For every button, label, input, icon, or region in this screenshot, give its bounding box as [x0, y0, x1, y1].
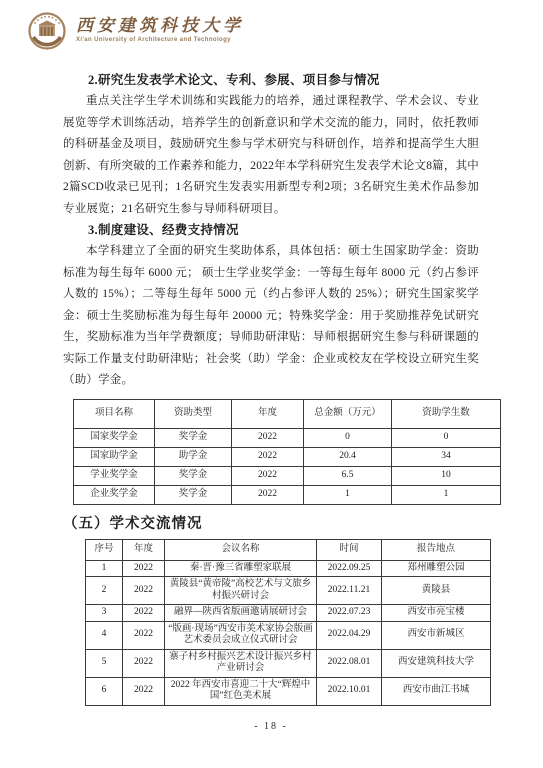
cell: 6: [86, 677, 123, 705]
cell: 5: [86, 649, 123, 677]
cell: 企业奖学金: [74, 485, 155, 504]
cell: 寨子村乡村振兴艺术设计振兴乡村产业研讨会: [165, 649, 317, 677]
table-row: 6 2022 2022 年西安市喜迎二十大“辉煌中国”红色美术展 2022.10…: [86, 677, 491, 705]
cell: 20.4: [304, 447, 392, 466]
table-row: 企业奖学金 奖学金 2022 1 1: [74, 485, 501, 504]
table-row: 4 2022 “版画·现场”西安市美术家协会版画艺术委员会成立仪式研讨会 202…: [86, 621, 491, 649]
cell: 西安市曲江书城: [382, 677, 491, 705]
cell: 黄陵县“黄帝陵”高校艺术与文旅乡村振兴研讨会: [165, 577, 317, 605]
cell: 2022: [123, 605, 165, 622]
paragraph-institution: 本学科建立了全面的研究生奖助体系，具体包括：硕士生国家助学金：资助标准为每生每年…: [63, 241, 479, 392]
header-cell: 序号: [86, 539, 123, 560]
header-cell: 总金额（万元）: [304, 399, 392, 428]
cell: 4: [86, 621, 123, 649]
cell: 黄陵县: [382, 577, 491, 605]
exchange-table: 序号 年度 会议名称 时间 报告地点 1 2022 秦·晋·豫三省雕塑家联展 2…: [85, 539, 491, 706]
cell: 2022: [123, 649, 165, 677]
cell: 奖学金: [155, 485, 232, 504]
cell: “版画·现场”西安市美术家协会版画艺术委员会成立仪式研讨会: [165, 621, 317, 649]
cell: 2022: [232, 447, 304, 466]
cell: 2022.08.01: [317, 649, 382, 677]
cell: 2022: [123, 577, 165, 605]
cell: 2022.04.29: [317, 621, 382, 649]
table-row: 5 2022 寨子村乡村振兴艺术设计振兴乡村产业研讨会 2022.08.01 西…: [86, 649, 491, 677]
header-cell: 年度: [123, 539, 165, 560]
cell: 34: [392, 447, 501, 466]
funding-table: 项目名称 资助类型 年度 总金额（万元） 资助学生数 国家奖学金 奖学金 202…: [73, 399, 501, 505]
university-name-chinese: 西安建筑科技大学: [76, 16, 244, 36]
table-row: 国家奖学金 奖学金 2022 0 0: [74, 428, 501, 447]
table-row: 学业奖学金 奖学金 2022 6.5 10: [74, 466, 501, 485]
cell: 10: [392, 466, 501, 485]
cell: 0: [392, 428, 501, 447]
header-cell: 资助类型: [155, 399, 232, 428]
cell: 西安市亮宝楼: [382, 605, 491, 622]
header-cell: 年度: [232, 399, 304, 428]
exchange-table-header-row: 序号 年度 会议名称 时间 报告地点: [86, 539, 491, 560]
cell: 0: [304, 428, 392, 447]
cell: 国家助学金: [74, 447, 155, 466]
cell: 2022: [232, 485, 304, 504]
cell: 2022: [232, 466, 304, 485]
page-number: - 18 -: [63, 721, 479, 732]
cell: 1: [86, 560, 123, 577]
cell: 西安建筑科技大学: [382, 649, 491, 677]
cell: 1: [304, 485, 392, 504]
cell: 助学金: [155, 447, 232, 466]
section-heading-publications: 2.研究生发表学术论文、专利、参展、项目参与情况: [63, 70, 479, 91]
university-logo: 西安建筑科技大学 Xi'an University of Architectur…: [27, 12, 244, 54]
cell: 2022.09.25: [317, 560, 382, 577]
header-cell: 报告地点: [382, 539, 491, 560]
document-body: 2.研究生发表学术论文、专利、参展、项目参与情况 重点关注学生学术训练和实践能力…: [0, 0, 543, 732]
cell: 融界—陕西省版画邀请展研讨会: [165, 605, 317, 622]
table-row: 3 2022 融界—陕西省版画邀请展研讨会 2022.07.23 西安市亮宝楼: [86, 605, 491, 622]
paragraph-publications: 重点关注学生学术训练和实践能力的培养，通过课程教学、学术会议、专业展览等学术训练…: [63, 91, 479, 220]
cell: 3: [86, 605, 123, 622]
cell: 1: [392, 485, 501, 504]
cell: 秦·晋·豫三省雕塑家联展: [165, 560, 317, 577]
cell: 2022 年西安市喜迎二十大“辉煌中国”红色美术展: [165, 677, 317, 705]
cell: 奖学金: [155, 466, 232, 485]
cell: 学业奖学金: [74, 466, 155, 485]
cell: 2022.11.21: [317, 577, 382, 605]
cell: 郑州雕塑公园: [382, 560, 491, 577]
cell: 2022.10.01: [317, 677, 382, 705]
cell: 奖学金: [155, 428, 232, 447]
cell: 2: [86, 577, 123, 605]
cell: 2022: [123, 560, 165, 577]
header-cell: 时间: [317, 539, 382, 560]
funding-table-header-row: 项目名称 资助类型 年度 总金额（万元） 资助学生数: [74, 399, 501, 428]
header-cell: 资助学生数: [392, 399, 501, 428]
university-name-english: Xi'an University of Architecture and Tec…: [76, 36, 244, 45]
university-seal-icon: [27, 12, 67, 54]
cell: 2022: [123, 677, 165, 705]
table-row: 国家助学金 助学金 2022 20.4 34: [74, 447, 501, 466]
header-cell: 会议名称: [165, 539, 317, 560]
header-cell: 项目名称: [74, 399, 155, 428]
cell: 2022.07.23: [317, 605, 382, 622]
cell: 6.5: [304, 466, 392, 485]
cell: 西安市新城区: [382, 621, 491, 649]
section-heading-exchange: （五）学术交流情况: [63, 514, 479, 534]
cell: 2022: [232, 428, 304, 447]
table-row: 1 2022 秦·晋·豫三省雕塑家联展 2022.09.25 郑州雕塑公园: [86, 560, 491, 577]
table-row: 2 2022 黄陵县“黄帝陵”高校艺术与文旅乡村振兴研讨会 2022.11.21…: [86, 577, 491, 605]
section-heading-institution: 3.制度建设、经费支持情况: [63, 220, 479, 241]
cell: 国家奖学金: [74, 428, 155, 447]
cell: 2022: [123, 621, 165, 649]
